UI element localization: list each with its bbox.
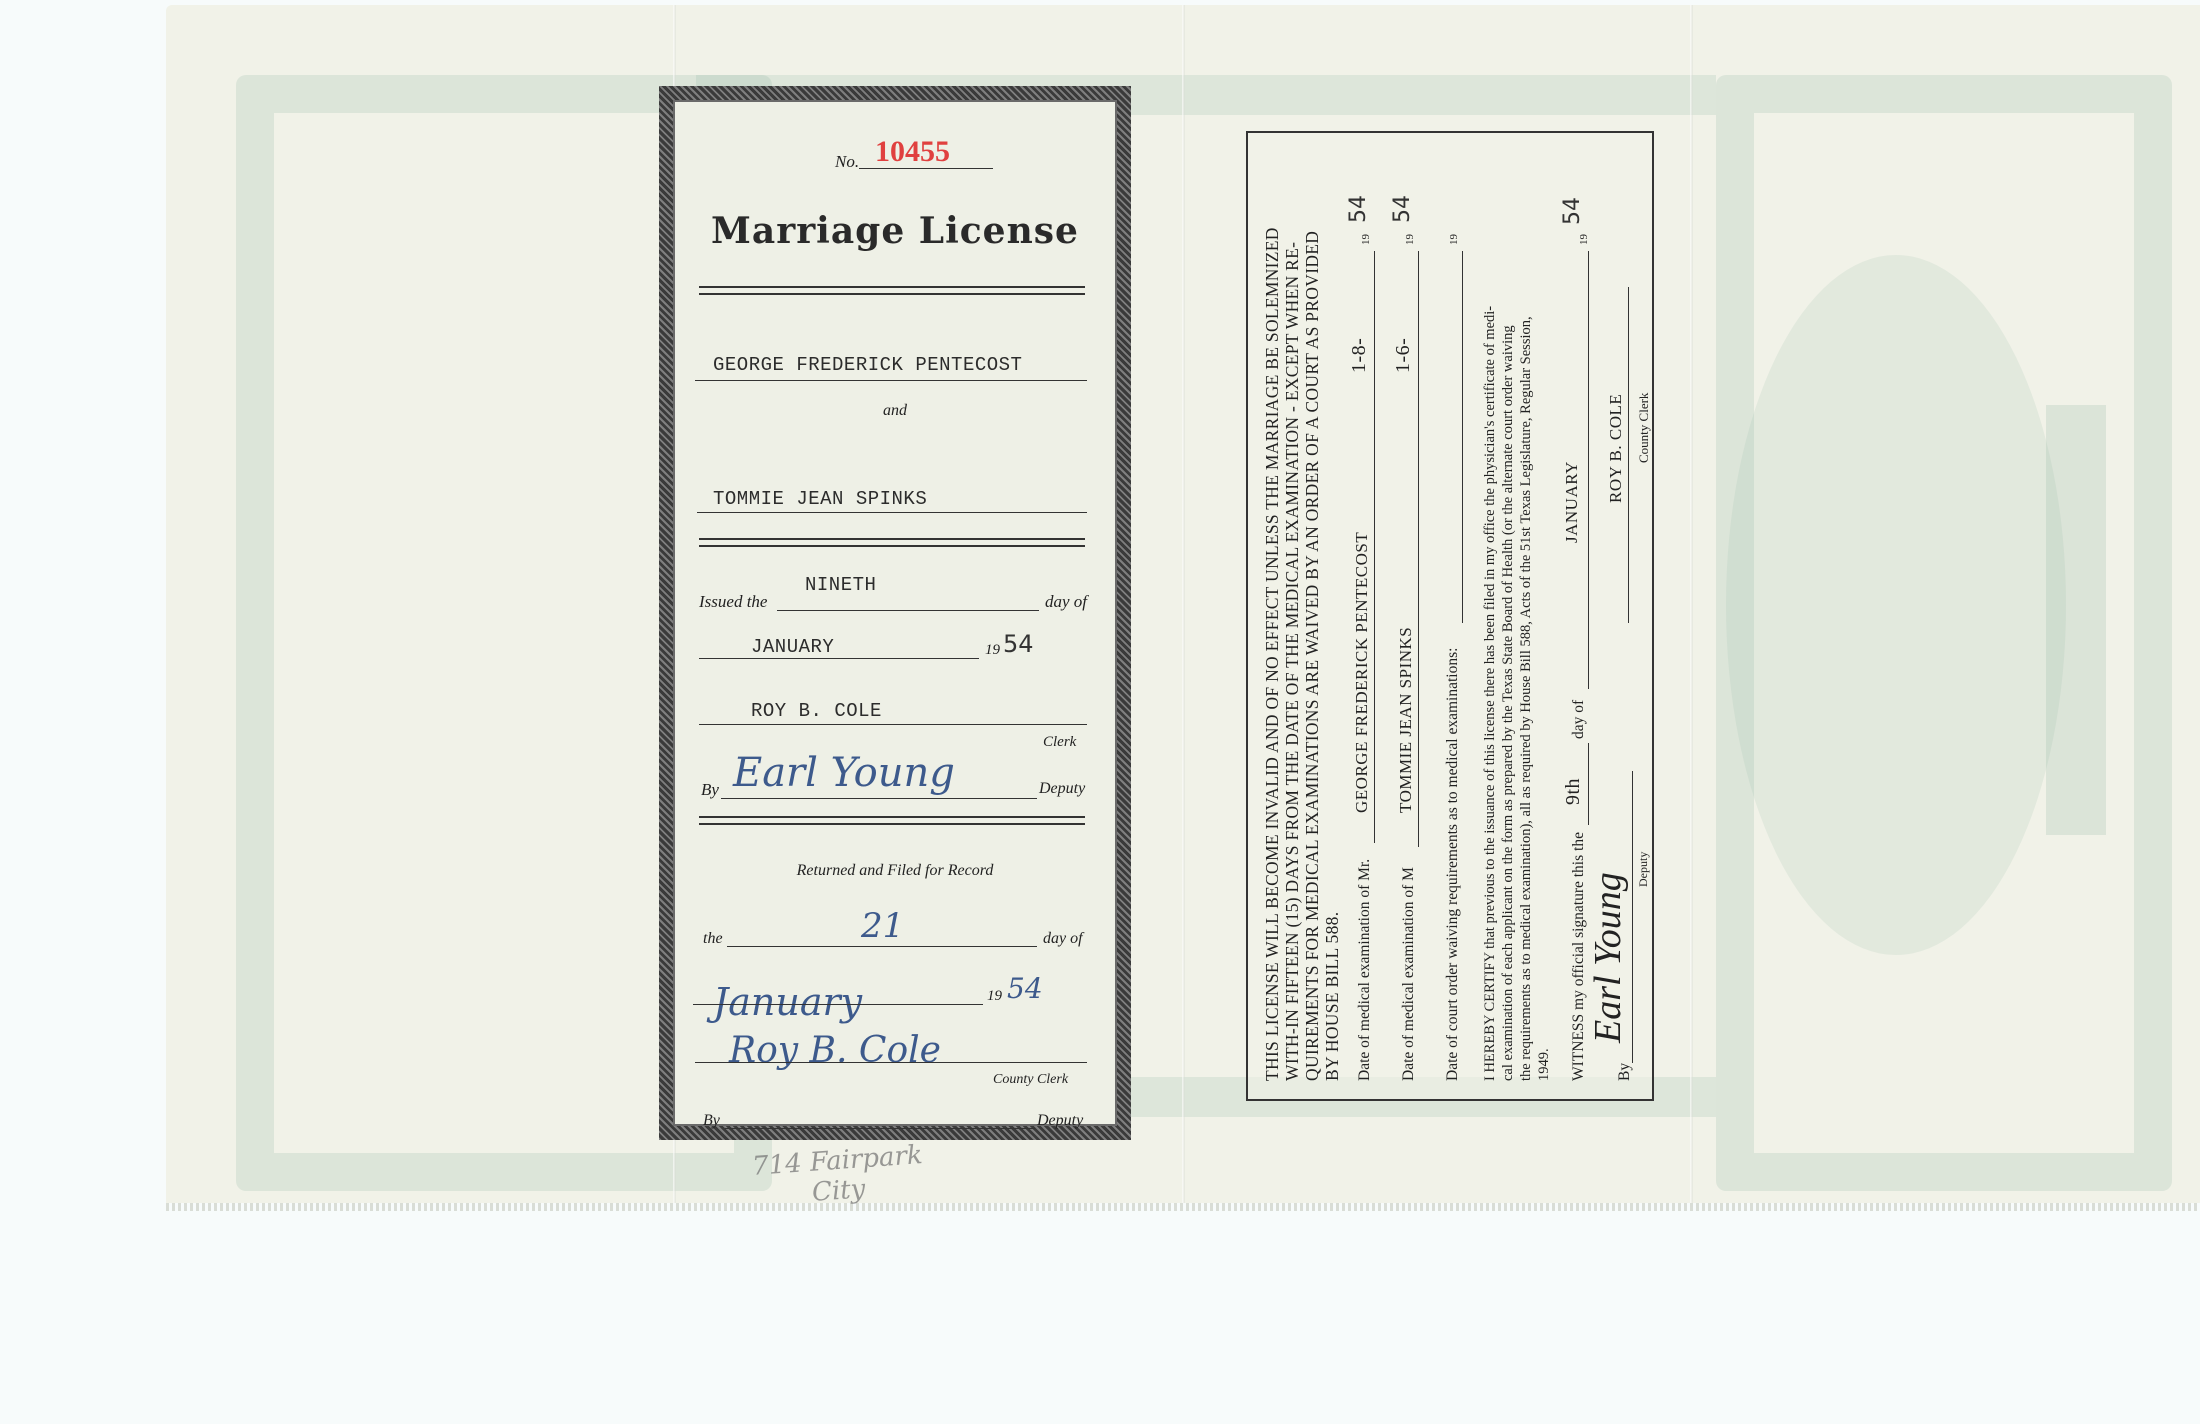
pencil-city: City xyxy=(811,1174,866,1208)
exam-mr-year: 54 xyxy=(1346,195,1371,223)
bride-name: TOMMIE JEAN SPINKS xyxy=(713,488,927,510)
issued-year-prefix: 19 xyxy=(985,642,1000,659)
witness-day-line xyxy=(1588,743,1589,825)
certify-line-4: 1949. xyxy=(1536,1048,1553,1081)
issued-divider xyxy=(699,816,1085,825)
notice-line-2: WITH-IN FIFTEEN (15) DAYS FROM THE DATE … xyxy=(1282,242,1303,1081)
perforated-edge xyxy=(166,1203,2200,1211)
returned-label: Returned and Filed for Record xyxy=(673,862,1117,880)
medical-certificate-panel: THIS LICENSE WILL BECOME INVALID AND OF … xyxy=(1246,131,1654,1101)
document-paper xyxy=(166,5,2200,1207)
deputy-signature: Earl Young xyxy=(733,750,955,796)
cert-clerk-name: ROY B. COLE xyxy=(1606,394,1626,503)
returned-month: January xyxy=(713,980,862,1024)
county-clerk-label: County Clerk xyxy=(993,1072,1068,1088)
marriage-license-card: No. 10455 Marriage License GEORGE FREDER… xyxy=(659,86,1131,1140)
bride-line xyxy=(697,512,1087,513)
clerk-name: ROY B. COLE xyxy=(751,700,882,722)
names-divider xyxy=(699,538,1085,547)
exam-mr-label: Date of medical examination of Mr. xyxy=(1356,859,1374,1081)
license-title: Marriage License xyxy=(673,210,1117,252)
issued-day-line xyxy=(777,610,1039,611)
exam-mr-year-prefix: 19 xyxy=(1360,234,1372,245)
number-underline xyxy=(859,168,993,169)
clerk-label: Clerk xyxy=(1043,734,1076,751)
by-label: By xyxy=(701,780,719,800)
notice-line-3: QUIREMENTS FOR MEDICAL EXAMINATIONS ARE … xyxy=(1302,231,1323,1081)
cert-by-label: By xyxy=(1616,1063,1634,1081)
the-label: the xyxy=(703,930,723,948)
certify-line-2: cal examination of each applicant on the… xyxy=(1500,325,1517,1081)
certify-line-1: I HEREBY CERTIFY that previous to the is… xyxy=(1482,306,1499,1081)
court-order-label: Date of court order waiving requirements… xyxy=(1444,648,1462,1081)
groom-line xyxy=(695,380,1087,381)
county-clerk-signature: Roy B. Cole xyxy=(729,1030,941,1071)
exam-m-name: TOMMIE JEAN SPINKS xyxy=(1396,627,1416,813)
groom-name: GEORGE FREDERICK PENTECOST xyxy=(713,354,1022,376)
returned-day-of-label: day of xyxy=(1043,930,1083,948)
witness-day-of: day of xyxy=(1570,700,1588,739)
notice-line-1: THIS LICENSE WILL BECOME INVALID AND OF … xyxy=(1262,227,1283,1081)
witness-month: JANUARY xyxy=(1562,461,1582,543)
rotated-certificate-content: THIS LICENSE WILL BECOME INVALID AND OF … xyxy=(1248,133,1656,1103)
county-clerk-line xyxy=(695,1062,1087,1063)
cert-deputy-signature: Earl Young xyxy=(1586,872,1630,1043)
title-divider xyxy=(699,286,1085,295)
cert-deputy-line xyxy=(1632,771,1633,1063)
day-of-label: day of xyxy=(1045,592,1087,612)
cert-deputy-label: Deputy xyxy=(1636,852,1651,887)
issued-day: NINETH xyxy=(805,574,876,596)
notice-line-4: BY HOUSE BILL 588. xyxy=(1322,912,1343,1081)
witness-year-prefix: 19 xyxy=(1578,234,1590,245)
witness-month-line xyxy=(1588,251,1589,689)
issued-month-line xyxy=(699,658,979,659)
returned-day-line xyxy=(727,946,1037,947)
returned-deputy-label: Deputy xyxy=(1037,1112,1083,1130)
fold-line-3 xyxy=(1690,5,1693,1207)
cert-clerk-line xyxy=(1628,287,1629,623)
exam-mr-line xyxy=(1374,251,1375,843)
returned-by-label: By xyxy=(703,1112,720,1130)
witness-year: 54 xyxy=(1560,197,1585,225)
exam-m-date: 1-6- xyxy=(1392,338,1415,373)
exam-mr-name: GEORGE FREDERICK PENTECOST xyxy=(1352,532,1372,813)
returned-day: 21 xyxy=(861,906,904,946)
and-label: and xyxy=(673,402,1117,420)
ghost-seal-ring xyxy=(2046,405,2106,835)
license-number: 10455 xyxy=(875,135,950,169)
fold-line-2 xyxy=(1182,5,1185,1207)
issued-month: JANUARY xyxy=(751,636,834,658)
returned-year: 54 xyxy=(1007,972,1043,1005)
returned-month-line xyxy=(693,1004,983,1005)
returned-deputy-line xyxy=(725,1128,1035,1129)
court-order-year-prefix: 19 xyxy=(1448,234,1460,245)
ghost-seal xyxy=(1726,255,2066,955)
deputy-label: Deputy xyxy=(1039,780,1085,798)
exam-m-year-prefix: 19 xyxy=(1404,234,1416,245)
court-order-line xyxy=(1462,251,1463,623)
issued-year: 54 xyxy=(1003,630,1034,658)
license-number-label: No. xyxy=(835,152,859,172)
exam-m-line xyxy=(1418,251,1419,847)
witness-day: 9th xyxy=(1562,778,1585,805)
exam-mr-date: 1-8- xyxy=(1348,338,1371,373)
certify-line-3: the requirements as to medical examinati… xyxy=(1518,316,1535,1081)
exam-m-year: 54 xyxy=(1390,195,1415,223)
clerk-line xyxy=(699,724,1087,725)
deputy-line xyxy=(721,798,1037,799)
returned-year-prefix: 19 xyxy=(987,988,1002,1005)
exam-m-label: Date of medical examination of M xyxy=(1400,867,1418,1081)
cert-county-clerk-label: County Clerk xyxy=(1636,393,1652,463)
issued-label: Issued the xyxy=(699,592,767,612)
